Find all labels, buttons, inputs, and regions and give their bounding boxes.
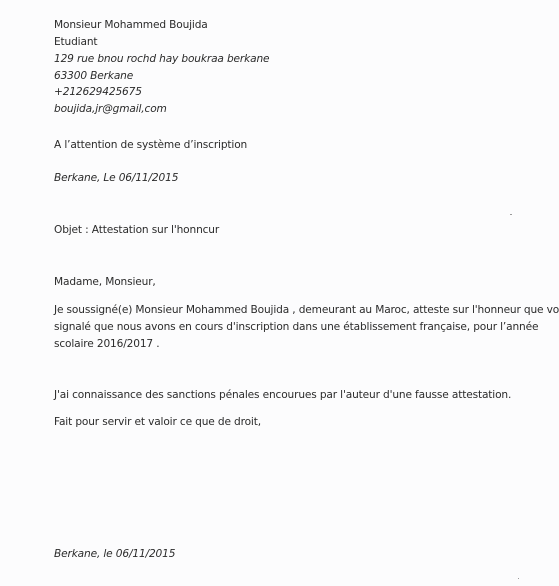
paragraph-line: signalé que nous avons en cours d'inscri… (54, 321, 538, 334)
recipient-line: A l’attention de système d’inscription (54, 139, 247, 152)
paragraph-line: Je soussigné(e) Monsieur Mohammed Boujid… (54, 304, 559, 317)
salutation: Madame, Monsieur, (54, 276, 156, 289)
paragraph-line: scolaire 2016/2017 . (54, 338, 159, 351)
scanned-letter-page: Monsieur Mohammed Boujida Etudiant 129 r… (0, 0, 559, 586)
sender-name: Monsieur Mohammed Boujida (54, 19, 208, 32)
subject-line: Objet : Attestation sur l'honncur (54, 224, 219, 237)
sender-address: 129 rue bnou rochd hay boukraa berkane (54, 53, 269, 66)
scan-speck (518, 578, 519, 579)
sender-email: boujida,jr@gmail,com (54, 103, 167, 116)
place-date-top: Berkane, Le 06/11/2015 (54, 172, 178, 185)
place-date-bottom: Berkane, le 06/11/2015 (54, 548, 175, 561)
paragraph-sanctions: J'ai connaissance des sanctions pénales … (54, 389, 511, 402)
scan-speck (510, 214, 512, 215)
sender-phone: +212629425675 (54, 86, 142, 99)
sender-city: 63300 Berkane (54, 70, 133, 83)
closing-line: Fait pour servir et valoir ce que de dro… (54, 416, 261, 429)
sender-role: Etudiant (54, 36, 97, 49)
